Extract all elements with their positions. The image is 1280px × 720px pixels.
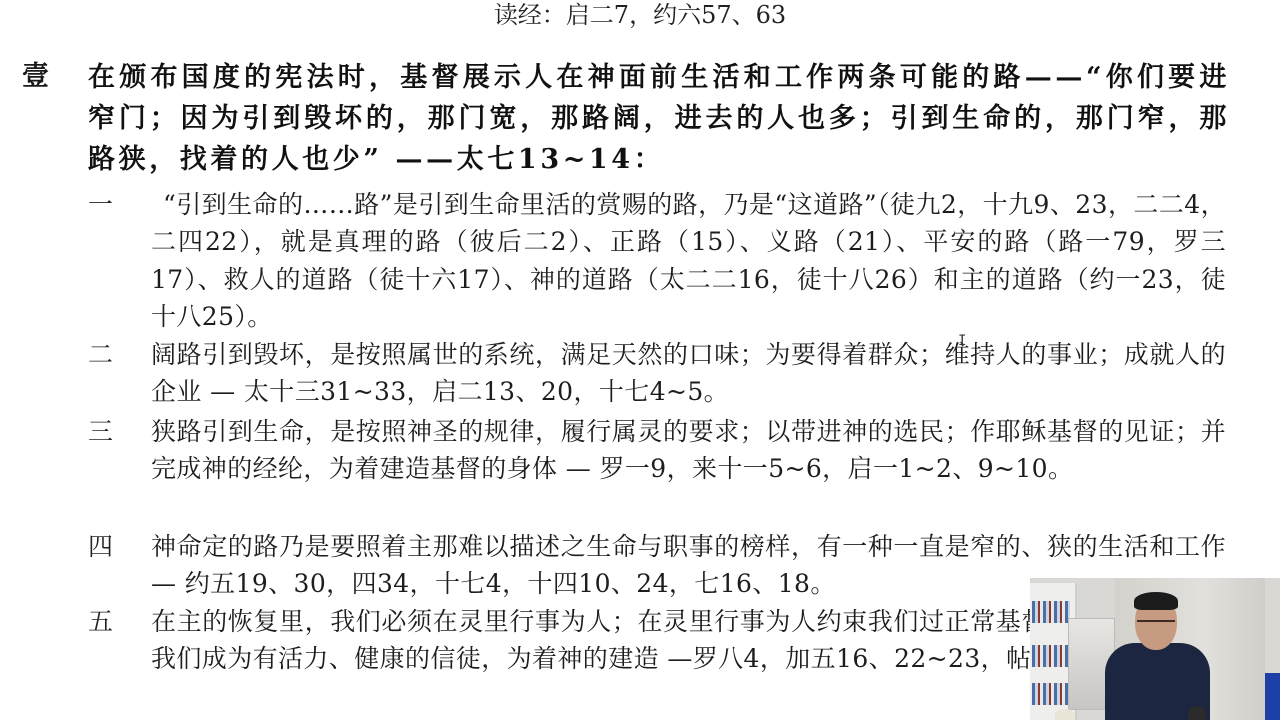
books: [1032, 683, 1070, 705]
sub-point-marker: 五: [88, 603, 113, 640]
sub-point-text: 狭路引到生命，是按照神圣的规律，履行属灵的要求；以带进神的选民；作耶稣基督的见证…: [151, 413, 1226, 488]
sub-point-text: 阔路引到毁坏，是按照属世的系统，满足天然的口味；为要得着群众；维持人的事业；成就…: [151, 336, 1226, 411]
books: [1032, 601, 1070, 623]
sub-point-text: “引到生命的……路”是引到生命里活的赏赐的路，乃是“这道路”（徒九2，十九9、2…: [151, 186, 1226, 335]
sub-point-marker: 四: [88, 528, 113, 565]
glasses-icon: [1137, 620, 1175, 630]
microphone-icon: [1188, 706, 1206, 720]
cup-icon: [1055, 709, 1075, 720]
books: [1032, 645, 1070, 667]
main-point-text: 在颁布国度的宪法时，基督展示人在神面前生活和工作两条可能的路——“你们要进窄门；…: [88, 57, 1230, 180]
reading-header: 读经：启二7，约六57、63: [0, 0, 1280, 30]
text-cursor-icon: I: [958, 333, 968, 349]
sub-point-marker: 三: [88, 413, 113, 450]
sub-point-marker: 二: [88, 336, 113, 373]
sub-point-marker: 一: [88, 186, 113, 223]
presenter-hair: [1134, 592, 1178, 610]
blue-flag: [1265, 673, 1280, 720]
presenter-webcam: [1030, 578, 1280, 720]
main-point-marker: 壹: [22, 57, 49, 97]
